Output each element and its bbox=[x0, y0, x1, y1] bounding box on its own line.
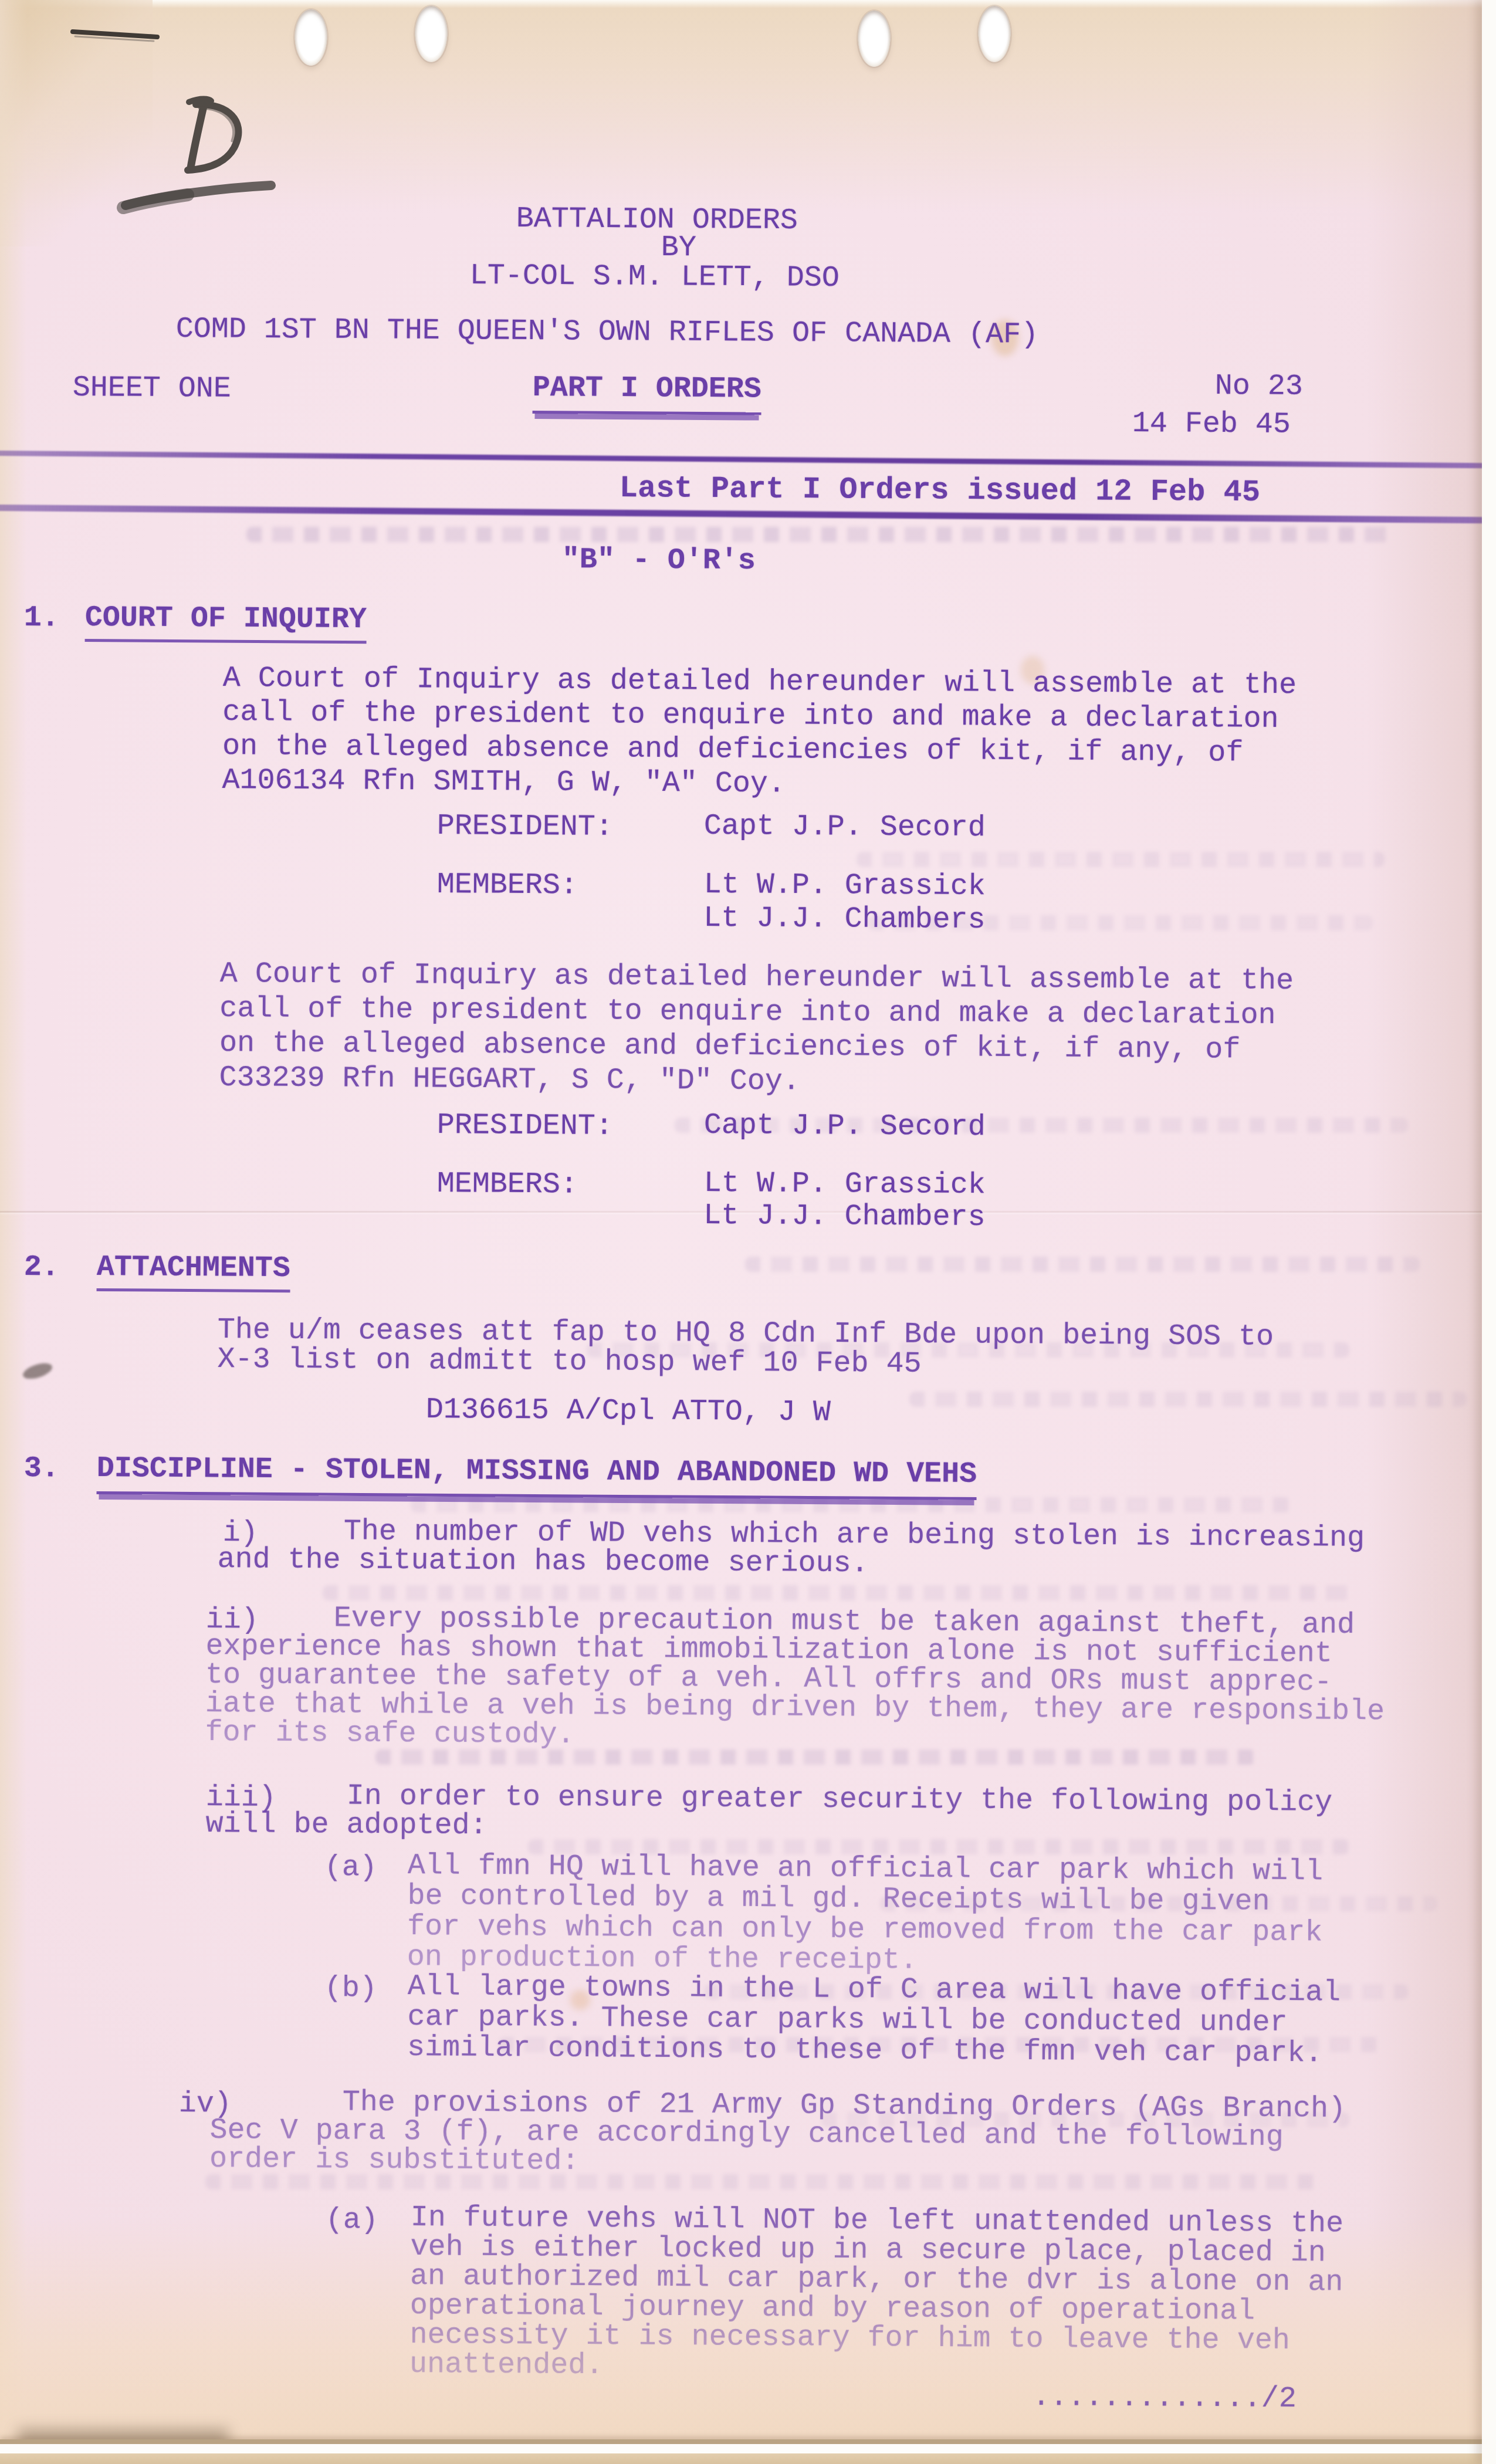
page-continuation-mark: ............./2 bbox=[1033, 2381, 1297, 2416]
pencil-letter-d bbox=[188, 99, 238, 171]
doc-title-line3: LT-COL S.M. LETT, DSO bbox=[470, 259, 840, 296]
unit-line: COMD 1ST BN THE QUEEN'S OWN RIFLES OF CA… bbox=[176, 313, 1039, 353]
board2-president-name: Capt J.P. Secord bbox=[704, 1109, 986, 1145]
item-iii-text: In order to ensure greater security the … bbox=[205, 1781, 1332, 1846]
ink-bleed-ghost bbox=[323, 1585, 1349, 1600]
section2-subject: D136615 A/Cpl ATTO, J W bbox=[426, 1393, 831, 1430]
pencil-swoosh bbox=[123, 185, 271, 208]
underlying-sheet-edge bbox=[0, 2453, 1496, 2464]
horizontal-rule bbox=[0, 505, 1496, 523]
board2-members-names: Lt W.P. Grassick Lt J.J. Chambers bbox=[703, 1167, 986, 1234]
scan-shadow bbox=[18, 2429, 229, 2450]
paper-right-shade bbox=[1367, 0, 1482, 2464]
sub-a-text: All fmn HQ will have an official car par… bbox=[407, 1851, 1324, 1979]
pencil-marks-group bbox=[0, 0, 329, 246]
scanner-background bbox=[0, 2444, 1496, 2453]
ink-bleed-ghost bbox=[909, 1392, 1467, 1407]
horizontal-rule bbox=[0, 451, 1496, 468]
board1-president-label: PRESIDENT: bbox=[437, 810, 613, 845]
ink-bleed-ghost bbox=[745, 1257, 1420, 1272]
sheet-label: SHEET ONE bbox=[73, 371, 231, 407]
item-iv-text: The provisions of 21 Army Gp Standing Or… bbox=[209, 2087, 1346, 2181]
last-orders-note: Last Part I Orders issued 12 Feb 45 bbox=[620, 472, 1261, 510]
section3-title: DISCIPLINE - STOLEN, MISSING AND ABANDON… bbox=[97, 1452, 977, 1500]
section1-paragraph2: A Court of Inquiry as detailed hereunder… bbox=[219, 957, 1294, 1102]
paper-left-edge bbox=[0, 0, 27, 2464]
section1-number: 1. bbox=[24, 601, 59, 635]
sub-b-marker: (b) bbox=[324, 1972, 377, 2006]
sub-a-marker: (a) bbox=[324, 1851, 377, 1886]
punch-hole bbox=[978, 6, 1011, 62]
punch-hole bbox=[415, 6, 448, 62]
section1-paragraph1: A Court of Inquiry as detailed hereunder… bbox=[222, 662, 1297, 805]
board1-members-names: Lt W.P. Grassick Lt J.J. Chambers bbox=[703, 868, 986, 937]
section2-body: The u/m ceases att fap to HQ 8 Cdn Inf B… bbox=[217, 1316, 1274, 1382]
paper-bottom-edge bbox=[0, 2439, 1496, 2444]
item-ii-text: Every possible precaution must be taken … bbox=[205, 1603, 1385, 1755]
sub-a2-text: In future vehs will NOT be left unattend… bbox=[409, 2204, 1343, 2386]
section2-title: ATTACHMENTS bbox=[97, 1251, 291, 1292]
audience-line: "B" - O'R's bbox=[562, 543, 756, 578]
section1-title: COURT OF INQUIRY bbox=[85, 601, 367, 644]
item-i-text: The number of WD vehs which are being st… bbox=[217, 1517, 1365, 1582]
punch-hole bbox=[858, 11, 891, 67]
order-number: No 23 bbox=[1215, 370, 1303, 404]
board1-members-label: MEMBERS: bbox=[437, 868, 578, 903]
pencil-speck bbox=[21, 1360, 54, 1382]
doc-title-line1: BATTALION ORDERS bbox=[516, 202, 798, 238]
order-date: 14 Feb 45 bbox=[1132, 407, 1291, 442]
part-heading: PART I ORDERS bbox=[533, 371, 762, 415]
sub-b-text: All large towns in the L of C area will … bbox=[407, 1972, 1341, 2070]
board2-president-label: PRESIDENT: bbox=[437, 1109, 613, 1144]
ink-bleed-ghost bbox=[411, 1497, 1291, 1512]
sub-a2-marker: (a) bbox=[326, 2204, 378, 2238]
paper-right-edge bbox=[1482, 0, 1496, 2464]
ink-bleed-ghost bbox=[246, 527, 1396, 542]
board1-president-name: Capt J.P. Secord bbox=[704, 810, 986, 845]
ink-bleed-ghost bbox=[857, 852, 1385, 867]
board2-members-label: MEMBERS: bbox=[437, 1167, 578, 1203]
section3-number: 3. bbox=[24, 1452, 59, 1486]
scanned-document-page: BATTALION ORDERS BY LT-COL S.M. LETT, DS… bbox=[0, 0, 1496, 2464]
section2-number: 2. bbox=[24, 1251, 59, 1285]
